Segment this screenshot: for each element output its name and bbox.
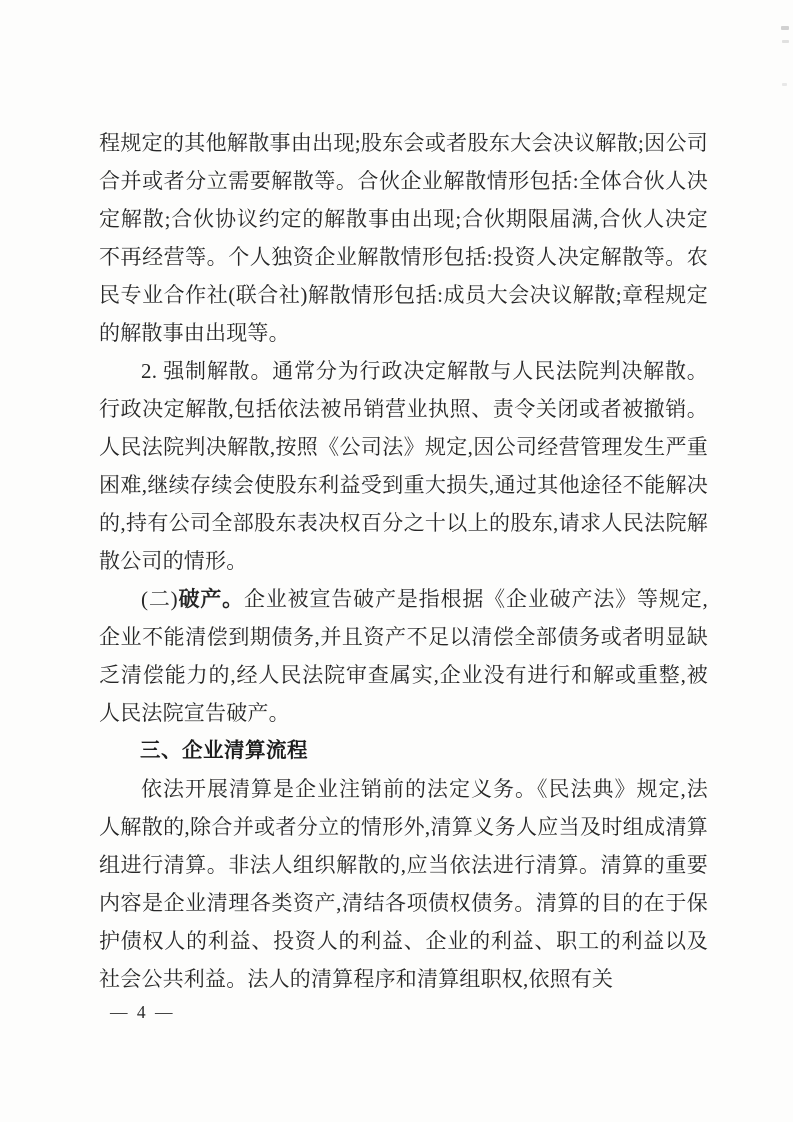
scan-artifact [781, 26, 789, 30]
scanned-document-page: 程规定的其他解散事由出现;股东会或者股东大会决议解散;因公司合并或者分立需要解散… [0, 0, 793, 1122]
paragraph: (二)破产。企业被宣告破产是指根据《企业破产法》等规定,企业不能清偿到期债务,并… [99, 580, 708, 732]
section-heading: 三、企业清算流程 [99, 732, 708, 770]
list-marker: 2. 强制解散。 [141, 359, 272, 383]
scan-artifact [782, 83, 787, 86]
list-marker: (二) [141, 587, 178, 611]
document-body: 程规定的其他解散事由出现;股东会或者股东大会决议解散;因公司合并或者分立需要解散… [99, 124, 708, 998]
term-emphasis: 破产。 [178, 587, 244, 611]
paragraph: 程规定的其他解散事由出现;股东会或者股东大会决议解散;因公司合并或者分立需要解散… [99, 124, 708, 352]
paragraph: 2. 强制解散。通常分为行政决定解散与人民法院判决解散。行政决定解散,包括依法被… [99, 352, 708, 580]
paragraph: 依法开展清算是企业注销前的法定义务。《民法典》规定,法人解散的,除合并或者分立的… [99, 770, 708, 998]
scan-artifact [782, 40, 789, 43]
page-number: — 4 — [110, 1000, 175, 1024]
